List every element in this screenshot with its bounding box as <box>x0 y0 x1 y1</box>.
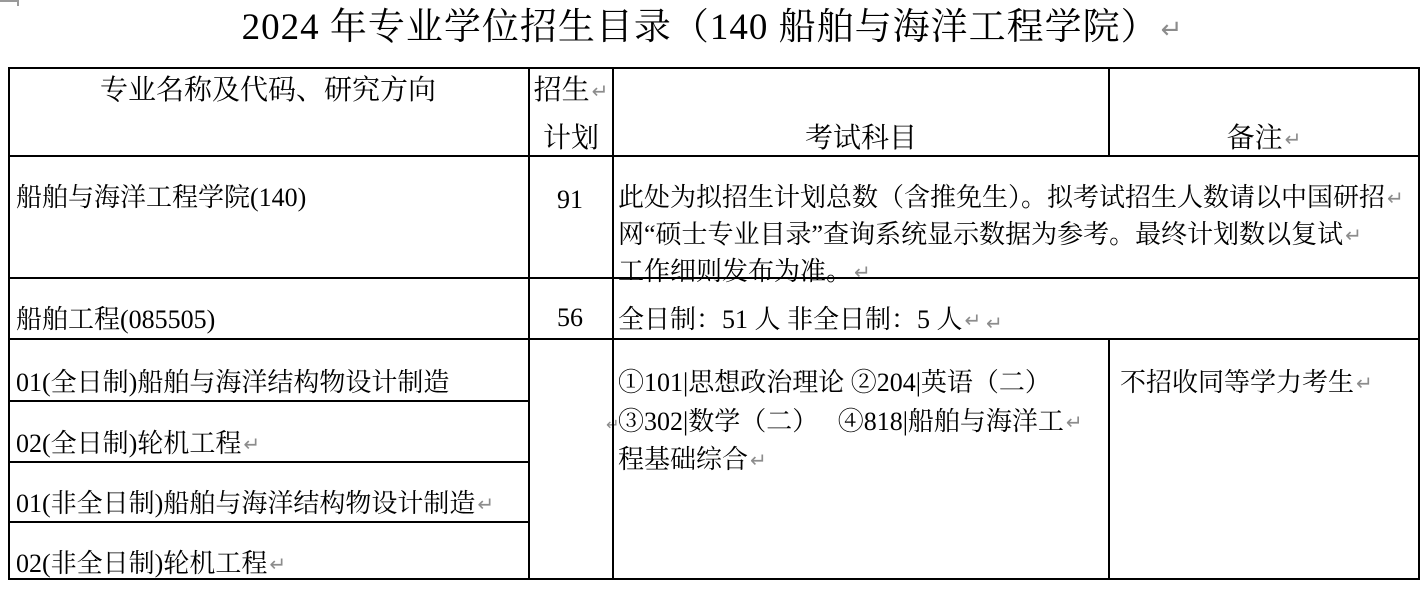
exam-line1-text: ①101|思想政治理论 ②204|英语（二） <box>618 368 1051 397</box>
paragraph-mark-icon: ↵ <box>1356 371 1373 395</box>
row1-remark-text2: 网“硕士专业目录”查询系统显示数据为参考。最终计划数以复试 <box>618 220 1343 249</box>
paragraph-mark-icon: ↵ <box>243 432 260 456</box>
row1-name-text: 船舶与海洋工程学院(140) <box>16 183 306 212</box>
direction-row-4: 02(非全日制)轮机工程↵ <box>16 549 286 579</box>
paragraph-mark-icon: ↵ <box>1285 127 1302 151</box>
exam-line3: 程基础综合↵ <box>618 445 767 475</box>
table-border-header-bottom <box>8 155 1420 157</box>
page-title: 2024 年专业学位招生目录（140 船舶与海洋工程学院）↵ <box>0 8 1425 50</box>
header-col2-line1: 招生↵ <box>530 76 612 106</box>
header-col3-label: 考试科目 <box>805 123 917 154</box>
header-col3: 考试科目 <box>614 124 1108 154</box>
paragraph-mark-icon: ↵ <box>269 552 286 576</box>
direction-row-3: 01(非全日制)船舶与海洋结构物设计制造↵ <box>16 489 494 519</box>
paragraph-mark-icon: ↵ <box>1345 223 1362 247</box>
row2-remark-text: 全日制：51 人 非全日制：5 人 <box>618 305 963 334</box>
table-border-bottom <box>8 578 1420 580</box>
table-border-col1 <box>528 67 530 580</box>
direction-row-1: 01(全日制)船舶与海洋结构物设计制造 <box>16 368 449 398</box>
paragraph-mark-icon: ↵ <box>965 308 982 332</box>
paragraph-mark-icon: ↵ <box>592 79 609 103</box>
direction-row-2: 02(全日制)轮机工程↵ <box>16 429 260 459</box>
table-border-col3-lower <box>1108 338 1110 580</box>
header-col1: 专业名称及代码、研究方向 <box>8 76 528 106</box>
stray-return-mark: ↵ <box>984 308 1003 338</box>
paragraph-mark-icon: ↵ <box>750 448 767 472</box>
direction-3-text: 01(非全日制)船舶与海洋结构物设计制造 <box>16 489 475 518</box>
row1-remark-line3: 工作细则发布为准。↵ <box>618 257 871 287</box>
table-border-top <box>8 67 1420 69</box>
exam-line2: ③302|数学（二） ④818|船舶与海洋工↵ <box>618 407 1083 437</box>
row1-remark-line2: 网“硕士专业目录”查询系统显示数据为参考。最终计划数以复试↵ <box>618 220 1362 250</box>
header-col2-label2: 计划 <box>543 123 599 154</box>
paragraph-mark-icon: ↵ <box>477 492 494 516</box>
row2-name: 船舶工程(085505) <box>16 305 215 335</box>
note-cell: 不招收同等学力考生↵ <box>1120 368 1373 398</box>
direction-1-text: 01(全日制)船舶与海洋结构物设计制造 <box>16 368 449 397</box>
paragraph-mark-icon: ↵ <box>1161 15 1184 45</box>
table-border-row1-bottom <box>8 277 1420 279</box>
corner-artifact-tick <box>17 0 19 6</box>
paragraph-mark-icon: ↵ <box>986 311 1003 335</box>
row2-remark: 全日制：51 人 非全日制：5 人↵ <box>618 305 981 335</box>
row1-remark-text3: 工作细则发布为准。 <box>618 257 852 286</box>
row1-plan-value: 91 <box>557 185 583 214</box>
row2-plan: 56 <box>530 303 610 333</box>
header-col1-label: 专业名称及代码、研究方向 <box>100 75 436 106</box>
header-col2-line2: 计划 <box>530 124 612 154</box>
row2-name-text: 船舶工程(085505) <box>16 305 215 334</box>
page-title-text: 2024 年专业学位招生目录（140 船舶与海洋工程学院） <box>242 7 1159 48</box>
table-border-dir1-bottom <box>8 400 530 402</box>
exam-line2-text: ③302|数学（二） ④818|船舶与海洋工 <box>618 407 1064 436</box>
table-border-dir3-bottom <box>8 521 530 523</box>
table-border-right <box>1418 67 1420 580</box>
direction-4-text: 02(非全日制)轮机工程 <box>16 549 267 578</box>
header-col4-label: 备注 <box>1227 123 1283 154</box>
row1-plan: 91 <box>530 185 610 215</box>
row1-remark-text1: 此处为拟招生计划总数（含推免生）。拟考试招生人数请以中国研招 <box>618 183 1385 212</box>
table-border-col3-header <box>1108 67 1110 157</box>
paragraph-mark-icon: ↵ <box>1066 410 1083 434</box>
paragraph-mark-icon: ↵ <box>1387 186 1404 210</box>
paragraph-mark-icon: ↵ <box>854 260 871 284</box>
row1-name: 船舶与海洋工程学院(140) <box>16 183 306 213</box>
note-text: 不招收同等学力考生 <box>1120 368 1354 397</box>
exam-line3-text: 程基础综合 <box>618 445 748 474</box>
direction-2-text: 02(全日制)轮机工程 <box>16 429 241 458</box>
document-page: 2024 年专业学位招生目录（140 船舶与海洋工程学院）↵ 专业名称及代码、研… <box>0 0 1425 603</box>
row1-remark-line1: 此处为拟招生计划总数（含推免生）。拟考试招生人数请以中国研招↵ <box>618 183 1404 213</box>
row2-plan-value: 56 <box>557 303 583 332</box>
table-border-row2-bottom <box>8 338 1420 340</box>
header-col2-label1: 招生 <box>534 75 590 106</box>
table-border-col2 <box>612 67 614 580</box>
table-border-left <box>8 67 10 580</box>
table-border-dir2-bottom <box>8 461 530 463</box>
exam-line1: ①101|思想政治理论 ②204|英语（二） <box>618 368 1051 398</box>
header-col4: 备注↵ <box>1110 124 1418 154</box>
